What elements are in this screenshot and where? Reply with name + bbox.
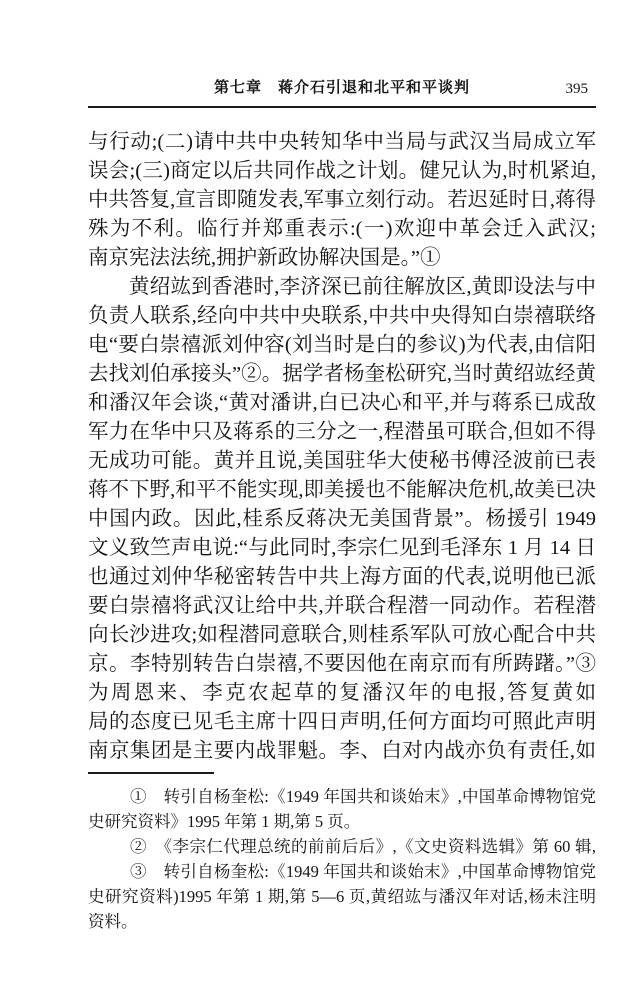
- body-text-line: 为周恩来、李克农起草的复潘汉年的电报,答复黄如下:“(一)中共对时: [88, 679, 596, 708]
- body-text-line: 局的态度已见毛主席十四日声明,任何方面均可照此声明去做。(二): [88, 708, 596, 737]
- body-text-line: 军力在华中只及蒋系的三分之一,程潜虽可联合,但如不得中共配合仍: [88, 418, 596, 447]
- body-text-line: 文义致竺声电说:“与此同时,李宗仁见到毛泽东 1 月 14 日声明之后,: [88, 534, 596, 563]
- body-text-line: 黄绍竑到香港时,李济深已前往解放区,黄即设法与中共驻香港的: [88, 273, 596, 302]
- page-number: 395: [566, 79, 589, 99]
- footnote-separator-rule: [88, 772, 214, 774]
- footnotes: ① 转引自杨奎松:《1949 年国共和谈始末》,中国革命博物馆党史研究室:《党史…: [88, 784, 596, 934]
- body-text-line: 向长沙进攻;如程潜同意联合,则桂系军队可放心配合中共军队进攻南: [88, 621, 596, 650]
- footnote-line: ③ 转引自杨奎松:《1949 年国共和谈始末》,中国革命博物馆党史研究室:《党: [88, 859, 596, 884]
- body-text-line: 误会;(三)商定以后共同作战之计划。健兄认为,时机紧迫,早日得到: [88, 157, 596, 186]
- footnote-line: 史研究资料)1995 年第 1 期,第 5—6 页,黄绍竑与潘汉年对话,杨未注明…: [88, 884, 596, 909]
- header-rule: [88, 106, 596, 108]
- body-text-line: 无成功可能。黄并且说,美国驻华大使秘书傅泾波前已表示,美国认为: [88, 447, 596, 476]
- footnote-line: 史研究资料》1995 年第 1 期,第 5 页。: [88, 809, 596, 834]
- body-text-line: 电“要白崇禧派刘仲容(刘当时是白的参议)为代表,由信阳到郑州沿途: [88, 331, 596, 360]
- body-text-line: 要白崇禧将武汉让给中共,并联合程潜一同动作。若程潜不肯联合,则: [88, 592, 596, 621]
- body-text-line: 也通过刘仲华秘密转告中共上海方面的代表,说明他已派人到武汉去,: [88, 563, 596, 592]
- body-text-line: 南京集团是主要内战罪魁。李、白对内战亦负有责任,如欲减免内战罪: [88, 737, 596, 766]
- book-page: 第七章 蒋介石引退和北平和平谈判 395 与行动;(二)请中共中央转知华中当局与…: [0, 0, 644, 1000]
- footnote-line: 资料。: [88, 909, 596, 934]
- text-block: 第七章 蒋介石引退和北平和平谈判 395 与行动;(二)请中共中央转知华中当局与…: [88, 0, 596, 934]
- body-text-line: 中国内政。因此,桂系反蒋决无美国背景”。杨援引 1949 年 1 月 20 日: [88, 505, 596, 534]
- body-text-line: 中共答复,宣言即随发表,军事立刻行动。若迟延时日,蒋得从容布置,: [88, 186, 596, 215]
- footnote-line: ② 《李宗仁代理总统的前前后后》,《文史资料选辑》第 60 辑,第 56 页。: [88, 834, 596, 859]
- body-text-line: 殊为不利。临行并郑重表示:(一)欢迎中革会迁入武汉;(二)绝不维护: [88, 215, 596, 244]
- body-text-line: 京。李特别转告白崇禧,不要因他在南京而有所踌躇。”③同日,毛泽东: [88, 650, 596, 679]
- chapter-title: 第七章 蒋介石引退和北平和平谈判: [214, 80, 470, 96]
- body-text-line: 南京宪法法统,拥护新政协解决国是。”①: [88, 244, 596, 273]
- running-header: 第七章 蒋介石引退和北平和平谈判 395: [88, 78, 596, 98]
- body-text-line: 负责人联系,经向中共中央联系,中共中央得知白崇禧联络反蒋,即复: [88, 302, 596, 331]
- body-text-line: 和潘汉年会谈,“黄对潘讲,白已决心和平,并与蒋系已成敌对,但桂系: [88, 389, 596, 418]
- body-text-line: 去找刘伯承接头”②。据学者杨奎松研究,当时黄绍竑经黄琪翔接洽,: [88, 360, 596, 389]
- footnote-line: ① 转引自杨奎松:《1949 年国共和谈始末》,中国革命博物馆党史研究室:《党: [88, 784, 596, 809]
- body-text-line: 与行动;(二)请中共中央转知华中当局与武汉当局成立军事谅解,以免: [88, 128, 596, 157]
- body-text: 与行动;(二)请中共中央转知华中当局与武汉当局成立军事谅解,以免误会;(三)商定…: [88, 128, 596, 766]
- body-text-line: 蒋不下野,和平不能实现,即美援也不能解决危机,故美已决心不介入: [88, 476, 596, 505]
